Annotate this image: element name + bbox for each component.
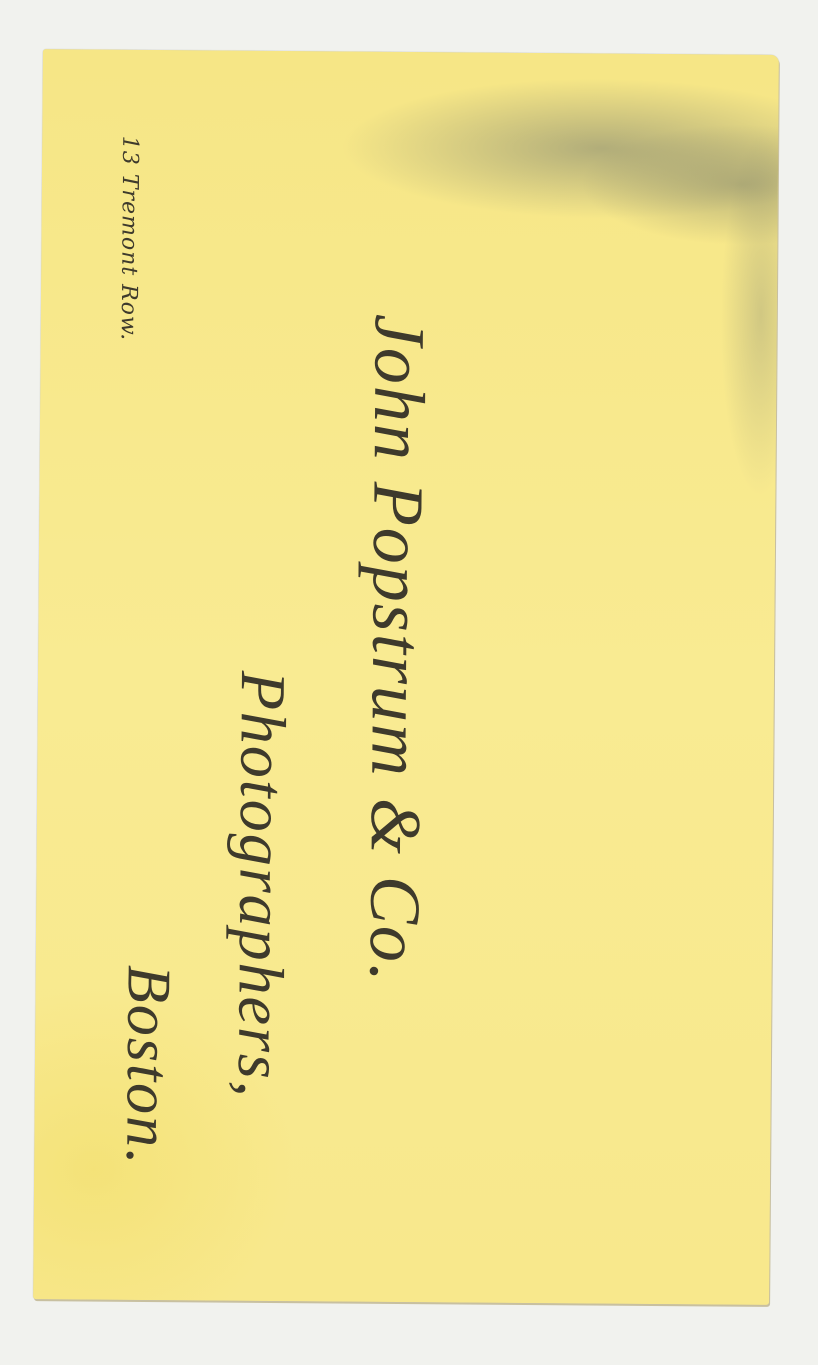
studio-address: 13 Tremont Row. bbox=[116, 136, 143, 342]
studio-profession: Photographers, bbox=[223, 671, 300, 1100]
photo-card-back: 13 Tremont Row. John Popstrum & Co. Phot… bbox=[33, 49, 779, 1305]
studio-name: John Popstrum & Co. bbox=[353, 314, 441, 985]
studio-city: Boston. bbox=[111, 965, 184, 1167]
